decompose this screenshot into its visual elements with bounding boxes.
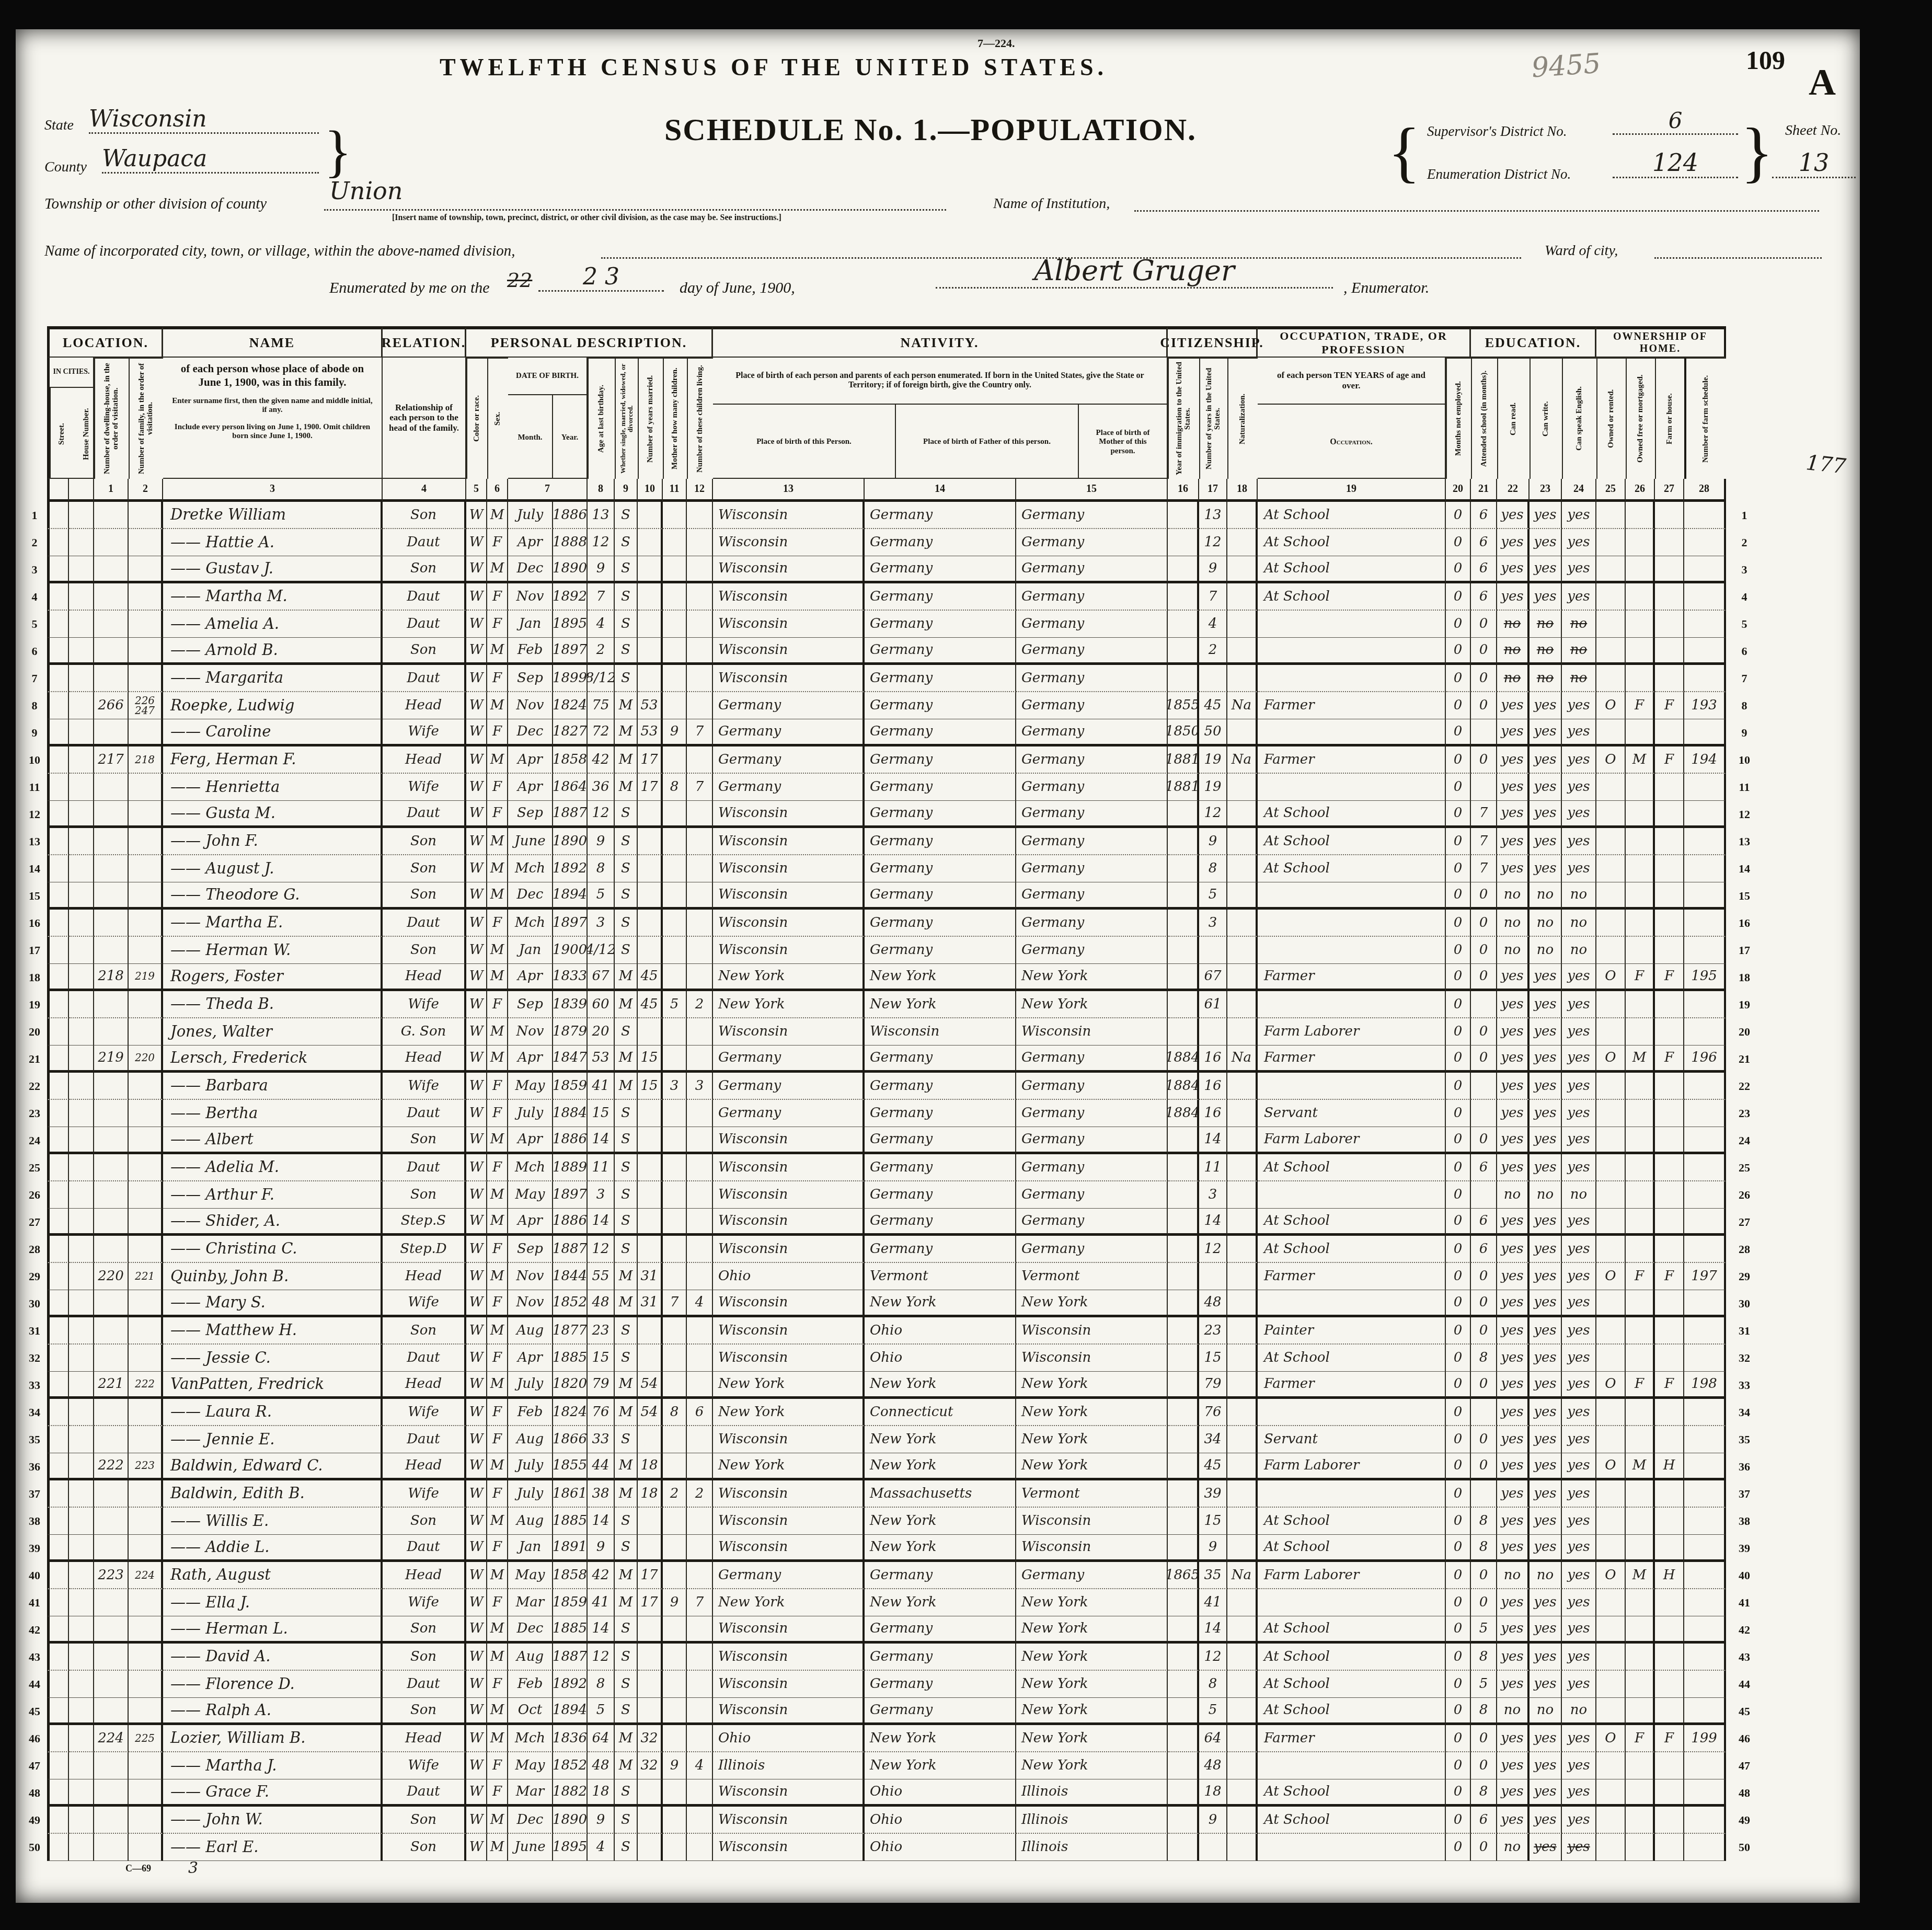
- cell-months_unemployed: 0: [1446, 828, 1471, 855]
- cell-street: [47, 1671, 69, 1698]
- cell-naturalization: [1227, 1453, 1258, 1480]
- cell-occupation: At School: [1258, 1209, 1446, 1236]
- cell-farm_schedule: [1684, 1644, 1726, 1671]
- cell-year: 1894: [553, 1698, 588, 1725]
- cell-dwelling: [94, 1426, 129, 1453]
- occupation-note: of each person TEN YEARS of age and over…: [1258, 358, 1445, 405]
- col-naturalization: Naturalization.: [1227, 358, 1258, 479]
- cell-occupation: [1258, 1834, 1446, 1861]
- cell-months_unemployed: 0: [1446, 1644, 1471, 1671]
- cell-age: 9: [588, 828, 615, 855]
- cell-owned_rented: O: [1596, 1263, 1626, 1290]
- cell-pob_father: Connecticut: [865, 1399, 1016, 1426]
- cell-owned_rented: [1596, 583, 1626, 611]
- cell-yrs_us: [1199, 1834, 1227, 1861]
- cell-yrs_us: 48: [1199, 1752, 1227, 1779]
- cell-can_write: yes: [1529, 828, 1562, 855]
- cell-naturalization: [1227, 1317, 1258, 1345]
- cell-house: [69, 1480, 94, 1508]
- state-label: State: [44, 117, 74, 134]
- cell-can_english: yes: [1562, 1100, 1596, 1127]
- group-occupation: OCCUPATION, TRADE, OR PROFESSION: [1258, 326, 1471, 358]
- cell-family: [129, 611, 163, 638]
- cell-can_write: yes: [1529, 1046, 1562, 1073]
- cell-school: [1471, 1181, 1497, 1209]
- cell-naturalization: [1227, 1671, 1258, 1698]
- cell-pob_father: Germany: [865, 1616, 1016, 1644]
- cell-marital: S: [615, 855, 638, 882]
- cell-color: W: [466, 910, 487, 937]
- cell-age: 42: [588, 1562, 615, 1589]
- cell-street: [47, 1616, 69, 1644]
- cell-family: [129, 801, 163, 828]
- cell-age: 11: [588, 1154, 615, 1181]
- cell-month: July: [508, 1480, 553, 1508]
- institution-line: [1134, 187, 1819, 212]
- cell-marital: M: [615, 1073, 638, 1100]
- cell-family: [129, 1616, 163, 1644]
- cell-sex: M: [487, 1018, 508, 1046]
- table-row: 48—— Grace F.DautWFMar188218SWisconsinOh…: [22, 1779, 1846, 1807]
- cell-farm_schedule: [1684, 1535, 1726, 1562]
- cell-relation: Son: [383, 1508, 466, 1535]
- cell-marital: S: [615, 1345, 638, 1372]
- cell-can_write: yes: [1529, 1317, 1562, 1345]
- cell-mother_of: 2: [663, 1480, 687, 1508]
- cell-color: W: [466, 502, 487, 529]
- cell-dwelling: [94, 638, 129, 665]
- cell-month: Sep: [508, 665, 553, 692]
- cell-farm_house: [1655, 1671, 1684, 1698]
- cell-occupation: [1258, 1290, 1446, 1317]
- table-row: 9—— CarolineWifeWFDec182772M5397GermanyG…: [22, 719, 1846, 746]
- cell-imm_year: [1168, 1779, 1199, 1807]
- cell-school: 0: [1471, 611, 1497, 638]
- cell-can_write: no: [1529, 638, 1562, 665]
- cell-can_read: yes: [1497, 1236, 1529, 1263]
- cell-pob_father: Germany: [865, 937, 1016, 964]
- cell-owned_rented: [1596, 801, 1626, 828]
- cell-can_write: yes: [1529, 1752, 1562, 1779]
- cell-name: —— Gustav J.: [163, 556, 383, 583]
- cell-name: —— Jessie C.: [163, 1345, 383, 1372]
- cell-farm_house: [1655, 1508, 1684, 1535]
- cell-house: [69, 692, 94, 719]
- col-yrs-married: Number of years married.: [638, 358, 663, 479]
- cell-sex: M: [487, 1698, 508, 1725]
- cell-naturalization: [1227, 1698, 1258, 1725]
- cell-yrs_married: [638, 611, 663, 638]
- cell-owned_rented: O: [1596, 1562, 1626, 1589]
- pob-label: Place of birth of this Person.: [713, 405, 896, 479]
- cell-can_write: yes: [1529, 1644, 1562, 1671]
- line-number-right: 15: [1726, 882, 1763, 910]
- cell-yrs_married: [638, 1834, 663, 1861]
- cell-can_read: yes: [1497, 1752, 1529, 1779]
- cell-dwelling: [94, 1535, 129, 1562]
- cell-year: 1877: [553, 1317, 588, 1345]
- cell-school: [1471, 774, 1497, 801]
- cell-can_write: yes: [1529, 502, 1562, 529]
- line-number-left: 4: [22, 583, 47, 611]
- cell-year: 1859: [553, 1589, 588, 1616]
- cell-children_living: 7: [687, 1589, 713, 1616]
- cell-farm_house: [1655, 1779, 1684, 1807]
- line-number-right: 30: [1726, 1290, 1763, 1317]
- cell-can_english: no: [1562, 937, 1596, 964]
- cell-naturalization: [1227, 529, 1258, 556]
- cell-dwelling: [94, 774, 129, 801]
- cell-pob_mother: Germany: [1016, 665, 1168, 692]
- cell-color: W: [466, 1236, 487, 1263]
- cell-can_english: yes: [1562, 1372, 1596, 1399]
- cell-pob_father: Germany: [865, 502, 1016, 529]
- cell-farm_schedule: [1684, 1807, 1726, 1834]
- cell-dwelling: [94, 1236, 129, 1263]
- cell-dwelling: [94, 910, 129, 937]
- cell-pob_mother: Germany: [1016, 746, 1168, 774]
- cell-marital: S: [615, 1426, 638, 1453]
- cell-yrs_us: 61: [1199, 991, 1227, 1018]
- cell-can_english: yes: [1562, 1779, 1596, 1807]
- cell-free_mortgaged: [1626, 910, 1655, 937]
- cell-school: 8: [1471, 1644, 1497, 1671]
- table-row: 24—— AlbertSonWMApr188614SWisconsinGerma…: [22, 1127, 1846, 1154]
- table-row: 2—— Hattie A.DautWFApr188812SWisconsinGe…: [22, 529, 1846, 556]
- cell-age: 9: [588, 1535, 615, 1562]
- cell-naturalization: [1227, 1018, 1258, 1046]
- cell-farm_house: [1655, 1752, 1684, 1779]
- cell-sex: F: [487, 1290, 508, 1317]
- cell-pob_father: Germany: [865, 611, 1016, 638]
- cell-dwelling: 266: [94, 692, 129, 719]
- cell-color: W: [466, 1698, 487, 1725]
- cell-pob: New York: [713, 964, 865, 991]
- cell-pob_mother: Germany: [1016, 910, 1168, 937]
- cell-house: [69, 1046, 94, 1073]
- cell-naturalization: [1227, 828, 1258, 855]
- cell-school: 6: [1471, 529, 1497, 556]
- line-number-left: 17: [22, 937, 47, 964]
- cell-imm_year: [1168, 1589, 1199, 1616]
- table-row: 11—— HenriettaWifeWFApr186436M1787German…: [22, 774, 1846, 801]
- cell-can_read: yes: [1497, 719, 1529, 746]
- line-number-left: 48: [22, 1779, 47, 1807]
- cell-pob: Wisconsin: [713, 1317, 865, 1345]
- cell-children_living: [687, 1018, 713, 1046]
- cell-owned_rented: [1596, 1671, 1626, 1698]
- cell-family: [129, 828, 163, 855]
- cell-pob_mother: New York: [1016, 1399, 1168, 1426]
- cell-occupation: [1258, 937, 1446, 964]
- cell-family: [129, 719, 163, 746]
- cell-can_read: yes: [1497, 1807, 1529, 1834]
- cell-owned_rented: [1596, 855, 1626, 882]
- cell-pob_father: New York: [865, 991, 1016, 1018]
- cell-year: 1885: [553, 1345, 588, 1372]
- cell-free_mortgaged: [1626, 855, 1655, 882]
- cell-pob_mother: Germany: [1016, 583, 1168, 611]
- cell-sex: F: [487, 774, 508, 801]
- cell-months_unemployed: 0: [1446, 1372, 1471, 1399]
- cell-naturalization: [1227, 1589, 1258, 1616]
- cell-color: W: [466, 529, 487, 556]
- cell-age: 4: [588, 611, 615, 638]
- cell-house: [69, 611, 94, 638]
- cell-sex: F: [487, 1752, 508, 1779]
- line-number-right: 11: [1726, 774, 1763, 801]
- cell-relation: Daut: [383, 611, 466, 638]
- page-number: 109: [1746, 45, 1785, 75]
- cell-school: 0: [1471, 1127, 1497, 1154]
- cell-family: [129, 1399, 163, 1426]
- cell-street: [47, 1236, 69, 1263]
- cell-naturalization: [1227, 1209, 1258, 1236]
- cell-pob_mother: Wisconsin: [1016, 1317, 1168, 1345]
- cell-pob_mother: New York: [1016, 1698, 1168, 1725]
- cell-imm_year: [1168, 801, 1199, 828]
- cell-dwelling: 224: [94, 1725, 129, 1752]
- cell-naturalization: [1227, 1399, 1258, 1426]
- line-number-right: 33: [1726, 1372, 1763, 1399]
- cell-house: [69, 583, 94, 611]
- cell-farm_house: [1655, 1589, 1684, 1616]
- cell-school: 7: [1471, 828, 1497, 855]
- ed-value: 124: [1613, 148, 1738, 178]
- cell-pob_mother: New York: [1016, 1426, 1168, 1453]
- cell-name: Roepke, Ludwig: [163, 692, 383, 719]
- cell-pob: Wisconsin: [713, 828, 865, 855]
- cell-school: 0: [1471, 1372, 1497, 1399]
- cell-school: 0: [1471, 638, 1497, 665]
- col-school: Attended school (in months).: [1471, 358, 1497, 479]
- cell-dwelling: [94, 937, 129, 964]
- cell-school: 0: [1471, 746, 1497, 774]
- cell-can_write: no: [1529, 1562, 1562, 1589]
- cell-year: 1820: [553, 1372, 588, 1399]
- cell-school: 6: [1471, 1154, 1497, 1181]
- cell-farm_schedule: [1684, 1181, 1726, 1209]
- cell-naturalization: [1227, 638, 1258, 665]
- cell-name: —— Albert: [163, 1127, 383, 1154]
- cell-color: W: [466, 665, 487, 692]
- cell-yrs_married: [638, 910, 663, 937]
- cell-owned_rented: [1596, 1426, 1626, 1453]
- cell-months_unemployed: 0: [1446, 1807, 1471, 1834]
- cell-farm_schedule: [1684, 991, 1726, 1018]
- cell-can_read: yes: [1497, 1508, 1529, 1535]
- cell-farm_house: [1655, 502, 1684, 529]
- cell-imm_year: 1881: [1168, 774, 1199, 801]
- cell-farm_schedule: [1684, 1453, 1726, 1480]
- cell-free_mortgaged: [1626, 1399, 1655, 1426]
- cell-pob_mother: Vermont: [1016, 1263, 1168, 1290]
- cell-house: [69, 1807, 94, 1834]
- cell-occupation: Farmer: [1258, 1263, 1446, 1290]
- cell-can_read: yes: [1497, 801, 1529, 828]
- cell-farm_house: F: [1655, 1372, 1684, 1399]
- cell-pob_mother: Germany: [1016, 556, 1168, 583]
- cell-months_unemployed: 0: [1446, 529, 1471, 556]
- cell-can_english: yes: [1562, 1209, 1596, 1236]
- cell-can_write: yes: [1529, 1073, 1562, 1100]
- line-number-right: 13: [1726, 828, 1763, 855]
- cell-children_living: 2: [687, 991, 713, 1018]
- line-number-right: 44: [1726, 1671, 1763, 1698]
- cell-farm_schedule: [1684, 1317, 1726, 1345]
- cell-age: 4/12: [588, 937, 615, 964]
- cell-pob_mother: Germany: [1016, 1562, 1168, 1589]
- cell-farm_house: F: [1655, 1725, 1684, 1752]
- cell-school: [1471, 1480, 1497, 1508]
- cell-mother_of: [663, 611, 687, 638]
- col-relation: Relationship of each person to the head …: [383, 358, 466, 479]
- cell-free_mortgaged: [1626, 665, 1655, 692]
- cell-sex: F: [487, 910, 508, 937]
- cell-school: 0: [1471, 1290, 1497, 1317]
- cell-name: —— Laura R.: [163, 1399, 383, 1426]
- line-number-right: 50: [1726, 1834, 1763, 1861]
- enumerated-struck: 22: [507, 269, 532, 292]
- cell-pob_mother: Germany: [1016, 937, 1168, 964]
- cell-year: 1882: [553, 1779, 588, 1807]
- cell-children_living: [687, 611, 713, 638]
- cell-children_living: [687, 1372, 713, 1399]
- cell-mother_of: [663, 1209, 687, 1236]
- table-row: 17—— Herman W.SonWMJan19004/12SWisconsin…: [22, 937, 1846, 964]
- table-row: 14—— August J.SonWMMch18928SWisconsinGer…: [22, 855, 1846, 882]
- cell-owned_rented: [1596, 1209, 1626, 1236]
- cell-yrs_us: 15: [1199, 1508, 1227, 1535]
- cell-imm_year: [1168, 1671, 1199, 1698]
- cell-house: [69, 991, 94, 1018]
- cell-house: [69, 1453, 94, 1480]
- cell-mother_of: [663, 1834, 687, 1861]
- cell-can_english: yes: [1562, 1752, 1596, 1779]
- cell-pob: Wisconsin: [713, 1181, 865, 1209]
- cell-months_unemployed: 0: [1446, 937, 1471, 964]
- cell-farm_schedule: [1684, 1209, 1726, 1236]
- cell-children_living: [687, 1209, 713, 1236]
- cell-owned_rented: [1596, 1752, 1626, 1779]
- cell-can_read: yes: [1497, 855, 1529, 882]
- cell-pob_mother: Illinois: [1016, 1807, 1168, 1834]
- cell-sex: F: [487, 1399, 508, 1426]
- cell-mother_of: [663, 1317, 687, 1345]
- cell-pob: Wisconsin: [713, 1508, 865, 1535]
- cell-yrs_us: 3: [1199, 1181, 1227, 1209]
- cell-can_english: yes: [1562, 746, 1596, 774]
- cell-marital: S: [615, 556, 638, 583]
- cell-months_unemployed: 0: [1446, 1100, 1471, 1127]
- cell-marital: M: [615, 1752, 638, 1779]
- sub-header-row: IN CITIES. Street. House Number. Number …: [22, 358, 1846, 479]
- cell-age: 38: [588, 1480, 615, 1508]
- cell-yrs_married: [638, 1127, 663, 1154]
- line-number-right: 6: [1726, 638, 1763, 665]
- cell-can_read: yes: [1497, 1154, 1529, 1181]
- cell-age: 12: [588, 529, 615, 556]
- cell-can_write: yes: [1529, 1807, 1562, 1834]
- cell-pob_father: Germany: [865, 801, 1016, 828]
- cell-can_write: yes: [1529, 1154, 1562, 1181]
- cell-free_mortgaged: [1626, 1779, 1655, 1807]
- cell-house: [69, 882, 94, 910]
- cell-marital: M: [615, 746, 638, 774]
- cell-owned_rented: [1596, 828, 1626, 855]
- cell-months_unemployed: 0: [1446, 1671, 1471, 1698]
- cell-can_read: yes: [1497, 692, 1529, 719]
- cell-relation: Son: [383, 502, 466, 529]
- cell-sex: M: [487, 828, 508, 855]
- cell-age: 5: [588, 882, 615, 910]
- cell-mother_of: [663, 1018, 687, 1046]
- cell-relation: Son: [383, 638, 466, 665]
- cell-farm_schedule: 199: [1684, 1725, 1726, 1752]
- cell-farm_schedule: 195: [1684, 964, 1726, 991]
- cell-pob: Ohio: [713, 1263, 865, 1290]
- cell-street: [47, 910, 69, 937]
- cell-dwelling: [94, 719, 129, 746]
- cell-yrs_married: 32: [638, 1725, 663, 1752]
- cell-imm_year: [1168, 1807, 1199, 1834]
- cell-dwelling: [94, 1671, 129, 1698]
- cell-month: Nov: [508, 1290, 553, 1317]
- cell-pob_father: Germany: [865, 1644, 1016, 1671]
- table-row: 26—— Arthur F.SonWMMay18973SWisconsinGer…: [22, 1181, 1846, 1209]
- cell-family: [129, 583, 163, 611]
- cell-can_write: yes: [1529, 1671, 1562, 1698]
- cell-mother_of: [663, 1698, 687, 1725]
- cell-school: 0: [1471, 665, 1497, 692]
- cell-imm_year: [1168, 1263, 1199, 1290]
- cell-occupation: [1258, 1589, 1446, 1616]
- cell-can_write: yes: [1529, 991, 1562, 1018]
- cell-month: Dec: [508, 719, 553, 746]
- brace-left: }: [324, 118, 352, 185]
- cell-family: [129, 855, 163, 882]
- cell-owned_rented: [1596, 1807, 1626, 1834]
- cell-house: [69, 1644, 94, 1671]
- cell-name: —— Shider, A.: [163, 1209, 383, 1236]
- cell-name: Lersch, Frederick: [163, 1046, 383, 1073]
- cell-name: —— David A.: [163, 1644, 383, 1671]
- cell-pob_father: Germany: [865, 556, 1016, 583]
- cell-school: 0: [1471, 937, 1497, 964]
- cell-can_write: yes: [1529, 1345, 1562, 1372]
- cell-house: [69, 1426, 94, 1453]
- cell-farm_schedule: 197: [1684, 1263, 1726, 1290]
- cell-color: W: [466, 1752, 487, 1779]
- cell-school: 0: [1471, 1453, 1497, 1480]
- cell-mother_of: [663, 692, 687, 719]
- cell-house: [69, 502, 94, 529]
- cell-mother_of: [663, 828, 687, 855]
- cell-pob_father: Germany: [865, 1562, 1016, 1589]
- cell-pob: Wisconsin: [713, 801, 865, 828]
- cell-free_mortgaged: [1626, 1345, 1655, 1372]
- cell-pob: Wisconsin: [713, 1807, 865, 1834]
- group-location: LOCATION.: [47, 326, 163, 358]
- cell-occupation: [1258, 665, 1446, 692]
- cell-family: [129, 556, 163, 583]
- cell-imm_year: [1168, 1834, 1199, 1861]
- cell-age: 41: [588, 1073, 615, 1100]
- table-row: 36222223Baldwin, Edward C.HeadWMJuly1855…: [22, 1453, 1846, 1480]
- cell-children_living: 7: [687, 719, 713, 746]
- cell-sex: M: [487, 964, 508, 991]
- cell-month: Apr: [508, 1046, 553, 1073]
